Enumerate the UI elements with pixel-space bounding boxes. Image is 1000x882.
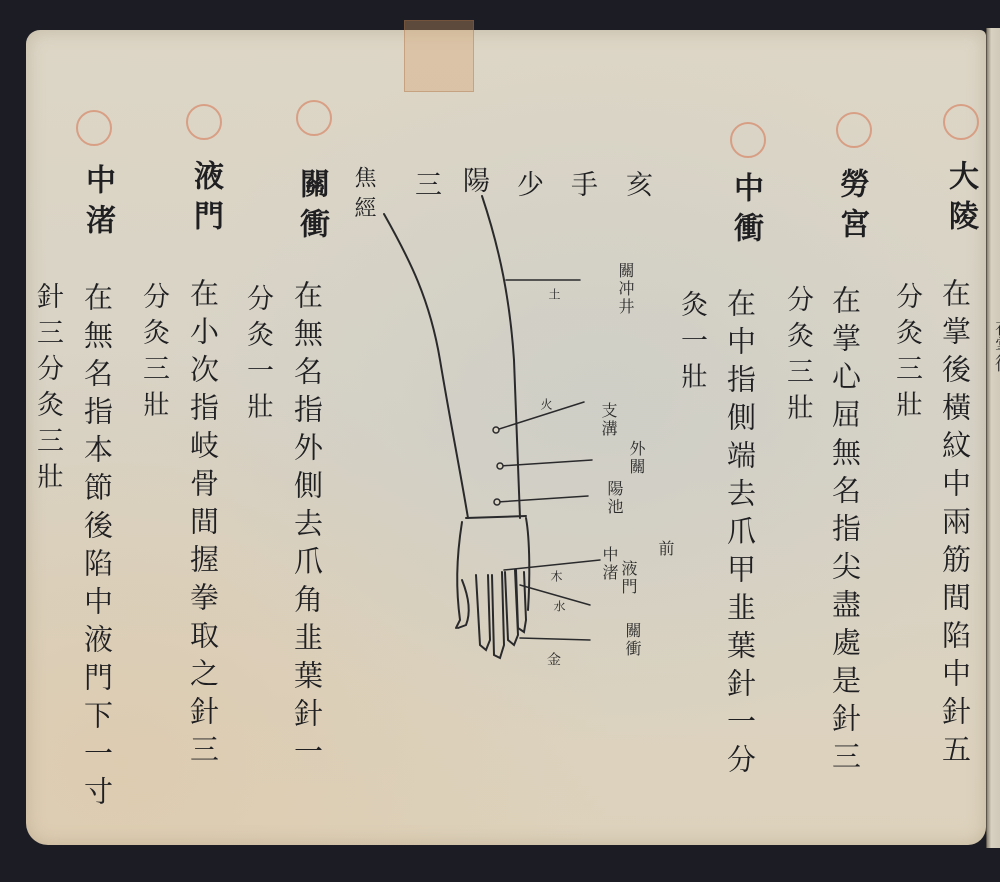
side-note: 前 — [657, 540, 673, 558]
entry-name-zhongchong: 中衝 — [730, 172, 760, 252]
entry-text: 分灸一壯 — [244, 284, 271, 428]
entry-text: 分灸三壯 — [140, 282, 167, 426]
entry-text: 在小次指岐骨間握拳取之針三 — [188, 278, 217, 772]
point-label: 關衝 — [624, 622, 640, 658]
circle-marker-icon — [76, 110, 112, 146]
element-note: 木 — [550, 570, 562, 584]
entry-text: 在無名指本節後陷中液門下一寸 — [82, 282, 111, 814]
diagram-title-tail: 焦經 — [352, 166, 374, 226]
next-page-edge: 在掌後 — [986, 28, 1000, 848]
entry-text: 針三分灸三壯 — [34, 282, 61, 498]
entry-text: 分灸三壯 — [893, 282, 920, 426]
circle-marker-icon — [296, 100, 332, 136]
entry-name-yemen: 液門 — [190, 160, 220, 240]
entry-name-guanchong: 關衝 — [296, 168, 326, 248]
point-label: 陽池 — [606, 480, 622, 516]
point-label: 外關 — [628, 440, 644, 476]
diagram-title-char: 亥 — [623, 170, 650, 197]
diagram-title-char: 陽 — [460, 166, 487, 193]
entry-text: 在中指側端去爪甲韭葉針一分 — [725, 288, 754, 782]
element-note: 火 — [540, 398, 552, 412]
entry-text: 在無名指外側去爪角韭葉針一 — [292, 280, 321, 774]
point-label: 中渚 — [601, 546, 617, 582]
element-note: 金 — [546, 652, 560, 668]
entry-text: 在掌後橫紋中兩筋間陷中針五 — [940, 278, 969, 772]
entry-text: 在掌心屈無名指尖盡處是針三 — [830, 285, 859, 779]
diagram-title-char: 三 — [412, 170, 439, 197]
element-note: 水 — [553, 600, 565, 614]
diagram-title-char: 少 — [514, 170, 541, 197]
circle-marker-icon — [186, 104, 222, 140]
entry-name-laogong: 勞宮 — [836, 168, 866, 248]
point-label: 支溝 — [600, 402, 616, 438]
point-label: 液門 — [620, 560, 636, 596]
circle-marker-icon — [730, 122, 766, 158]
element-note: 土 — [548, 288, 560, 302]
seal-stamp-icon — [404, 20, 474, 92]
circle-marker-icon — [943, 104, 979, 140]
entry-text: 灸一壯 — [678, 290, 705, 398]
entry-name-daling: 大陵 — [945, 160, 975, 240]
circle-marker-icon — [836, 112, 872, 148]
next-page-text: 在掌後 — [989, 318, 1000, 372]
entry-text: 分灸三壯 — [784, 285, 811, 429]
point-label: 關冲井 — [617, 262, 633, 316]
diagram-title-char: 手 — [568, 170, 595, 197]
entry-name-zhongzhu: 中渚 — [82, 164, 112, 244]
